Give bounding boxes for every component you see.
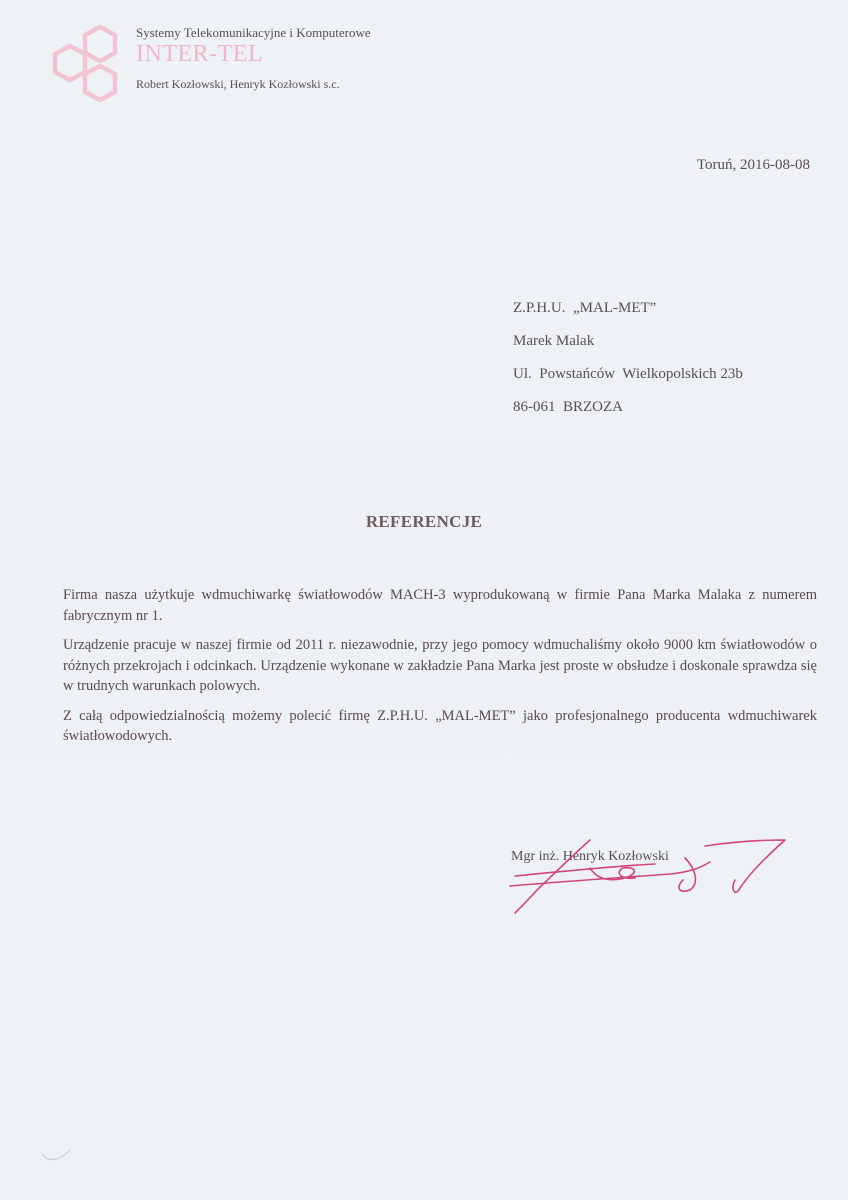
pencil-mark-icon bbox=[40, 1148, 80, 1168]
paragraph: Z całą odpowiedzialnością możemy polecić… bbox=[63, 706, 817, 747]
handwritten-signature-icon bbox=[495, 828, 795, 918]
letter-date: Toruń, 2016-08-08 bbox=[697, 157, 810, 174]
letterhead-owners: Robert Kozłowski, Henryk Kozłowski s.c. bbox=[136, 77, 340, 92]
addressee-street: Ul. Powstańców Wielkopolskich 23b bbox=[513, 365, 743, 398]
letter-page: Systemy Telekomunikacyjne i Komputerowe … bbox=[0, 0, 848, 1200]
paragraph: Urządzenie pracuje w naszej firmie od 20… bbox=[63, 635, 817, 697]
letterhead-tagline: Systemy Telekomunikacyjne i Komputerowe bbox=[136, 25, 371, 41]
addressee-person: Marek Malak bbox=[513, 332, 743, 365]
document-title: REFERENCJE bbox=[0, 512, 848, 532]
letter-body: Firma nasza użytkuje wdmuchiwarkę światł… bbox=[63, 585, 817, 756]
hexagon-logo-icon bbox=[50, 22, 130, 112]
addressee-block: Z.P.H.U. „MAL-MET” Marek Malak Ul. Powst… bbox=[513, 299, 743, 431]
addressee-city: 86-061 BRZOZA bbox=[513, 398, 743, 431]
addressee-company: Z.P.H.U. „MAL-MET” bbox=[513, 299, 743, 332]
letterhead-brand: INTER-TEL bbox=[136, 42, 263, 66]
paragraph: Firma nasza użytkuje wdmuchiwarkę światł… bbox=[63, 585, 817, 626]
